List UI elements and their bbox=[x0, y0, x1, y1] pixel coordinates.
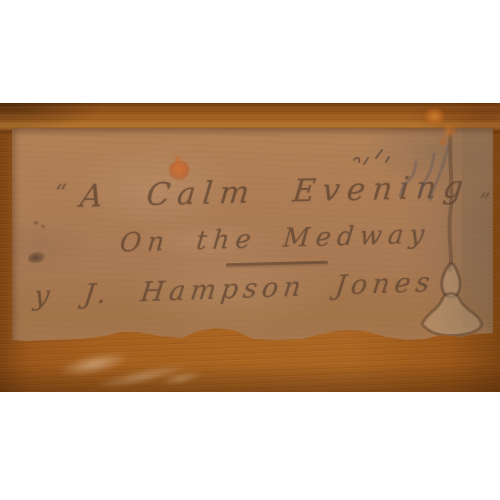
medway-underline bbox=[226, 261, 328, 267]
photo-canvas: “A Calm Evening” On the Medway y J. Hamp… bbox=[0, 0, 500, 500]
inscription-artist-line: y J. Hampson Jones bbox=[32, 267, 436, 312]
ink-blot bbox=[27, 251, 45, 264]
paper-label: “A Calm Evening” On the Medway y J. Hamp… bbox=[12, 128, 493, 344]
torn-paper-remnant bbox=[420, 105, 468, 147]
painting-back-photo: “A Calm Evening” On the Medway y J. Hamp… bbox=[0, 103, 500, 392]
inscription-line2: On the Medway bbox=[119, 220, 432, 259]
ink-specks bbox=[31, 218, 47, 230]
quote-open: “ bbox=[53, 179, 68, 207]
